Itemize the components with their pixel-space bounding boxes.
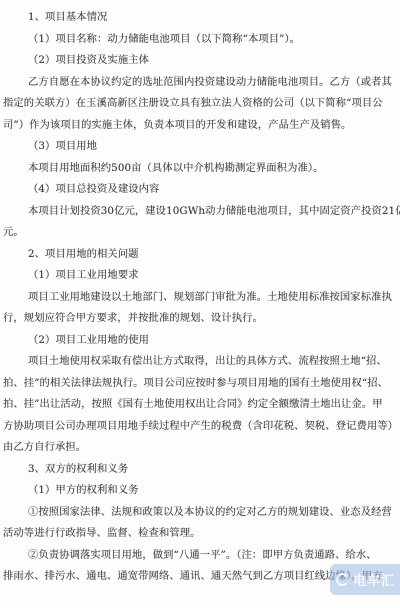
- text-line: （1）甲方的权利和义务: [3, 480, 398, 502]
- text-line: （2）项目投资及实施主体: [3, 50, 398, 72]
- text-line: （1）项目工业用地要求: [3, 265, 398, 287]
- text-line: （4）项目总投资及建设内容: [3, 179, 398, 201]
- text-line: 项目土地使用权采取有偿出让方式取得，出让的具体方式、流程按照土地“招、: [3, 351, 398, 373]
- text-line: 司”）作为该项目的实施主体，负责本项目的开发和建设，产品生产及销售。: [3, 115, 398, 137]
- document-body: 1、项目基本情况（1）项目名称：动力储能电池项目（以下简称“本项目”）。（2）项…: [3, 7, 398, 588]
- text-line: 行，规划应符合甲方要求，并按批准的规划、设计执行。: [3, 308, 398, 330]
- watermark-logo-icon: [336, 573, 349, 586]
- text-line: （2）项目工业用地的使用: [3, 330, 398, 352]
- text-line: ①按照国家法律、法规和政策以及本协议的约定对乙方的规划建设、业态及经营: [3, 502, 398, 524]
- text-line: （3）项目用地: [3, 136, 398, 158]
- text-line: 拍、挂”的相关法律法规执行。项目公司应按时参与项目用地的国有土地使用权“招、: [3, 373, 398, 395]
- text-line: （1）项目名称：动力储能电池项目（以下简称“本项目”）。: [3, 29, 398, 51]
- text-line: 本项目计划投资30亿元，建设10GWh动力储能电池项目，其中固定资产投资21亿: [3, 201, 398, 223]
- text-line: 项目工业用地建设以土地部门、规划部门审批为准。土地使用标准按国家标准执: [3, 287, 398, 309]
- text-line: 由乙方自行承担。: [3, 437, 398, 459]
- text-line: 活动等进行行政指导、监督、检查和管理。: [3, 523, 398, 545]
- text-line: 2、项目用地的相关问题: [3, 244, 398, 266]
- text-line: 本项目用地面积约500亩（具体以中介机构勘测定界面积为准）。: [3, 158, 398, 180]
- watermark-label: 电车汇: [353, 570, 395, 589]
- document-page: 1、项目基本情况（1）项目名称：动力储能电池项目（以下简称“本项目”）。（2）项…: [0, 0, 400, 608]
- text-line: 指定的关联方）在玉溪高新区注册设立具有独立法人资格的公司（以下简称“项目公: [3, 93, 398, 115]
- text-line: 元。: [3, 222, 398, 244]
- watermark-badge: 电车汇: [330, 564, 400, 595]
- text-line: ②负责协调落实项目用地，做到“八通一平”。（注：即甲方负责通路、给水、: [3, 545, 398, 567]
- text-line: 拍、挂”出让活动，按照《国有土地使用权出让合同》约定全额缴清土地出让金。甲: [3, 394, 398, 416]
- text-line: 1、项目基本情况: [3, 7, 398, 29]
- text-line: 乙方自愿在本协议约定的选址范围内投资建设动力储能电池项目。乙方（或者其: [3, 72, 398, 94]
- text-line: 3、双方的权利和义务: [3, 459, 398, 481]
- text-line: 方协助项目公司办理项目用地手续过程中产生的税费（含印花税、契税、登记费用等）: [3, 416, 398, 438]
